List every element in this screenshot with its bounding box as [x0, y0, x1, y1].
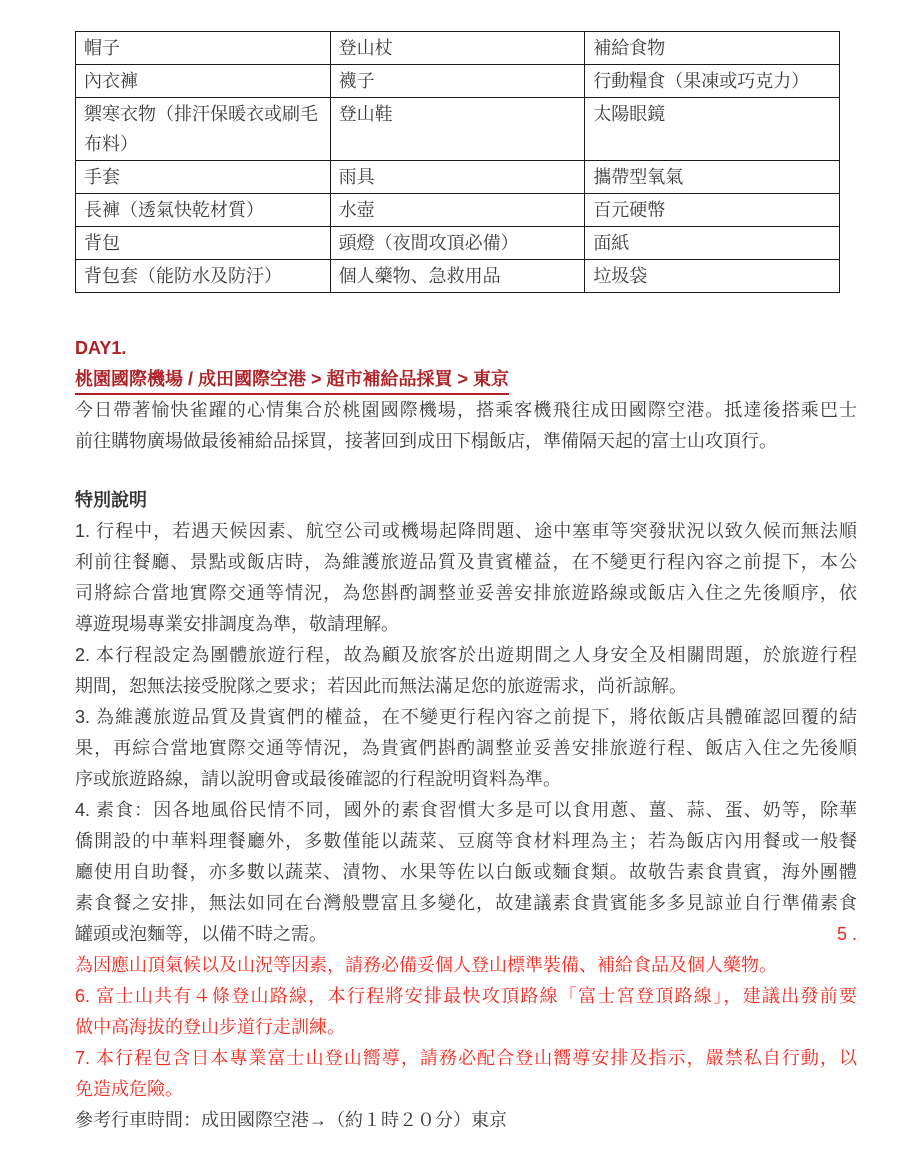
note-line: 6. 富士山共有４條登山路線，本行程將安排最快攻頂路線「富士宮登頂路線」，建議出… — [75, 981, 857, 1012]
note-line: 僑開設的中華料理餐廳外，多數僅能以蔬菜、豆腐等食材料理為主；若為飯店內用餐或一般… — [75, 826, 857, 857]
special-notes-title: 特別說明 — [75, 485, 857, 516]
note-line: 罐頭或泡麵等，以備不時之需。5 . — [75, 919, 857, 950]
day1-heading: DAY1. — [75, 333, 857, 364]
equipment-row: 禦寒衣物（排汗保暖衣或刷毛布料）登山鞋太陽眼鏡 — [76, 98, 840, 161]
equipment-cell: 百元硬幣 — [585, 194, 840, 227]
note-item: 7. 本行程包含日本專業富士山登山嚮導，請務必配合登山嚮導安排及指示，嚴禁私自行… — [75, 1043, 857, 1105]
note-line: 為因應山頂氣候以及山況等因素，請務必備妥個人登山標準裝備、補給食品及個人藥物。 — [75, 950, 857, 981]
note-item: 3. 為維護旅遊品質及貴賓們的權益，在不變更行程內容之前提下，將依飯店具體確認回… — [75, 702, 857, 795]
note-item: 2. 本行程設定為團體旅遊行程，故為顧及旅客於出遊期間之人身安全及相關問題，於旅… — [75, 640, 857, 702]
day1-intro-line-2: 前往購物廣場做最後補給品採買，接著回到成田下榻飯店，準備隔天起的富士山攻頂行。 — [75, 426, 857, 457]
equipment-table-body: 帽子登山杖補給食物內衣褲襪子行動糧食（果凍或巧克力）禦寒衣物（排汗保暖衣或刷毛布… — [76, 32, 840, 293]
equipment-cell: 頭燈（夜間攻頂必備） — [330, 227, 585, 260]
note-item: 為因應山頂氣候以及山況等因素，請務必備妥個人登山標準裝備、補給食品及個人藥物。 — [75, 950, 857, 981]
equipment-cell: 太陽眼鏡 — [585, 98, 840, 161]
note-item: 6. 富士山共有４條登山路線，本行程將安排最快攻頂路線「富士宮登頂路線」，建議出… — [75, 981, 857, 1043]
equipment-row: 帽子登山杖補給食物 — [76, 32, 840, 65]
equipment-row: 背包頭燈（夜間攻頂必備）面紙 — [76, 227, 840, 260]
note-item: 1. 行程中，若遇天候因素、航空公司或機場起降問題、途中塞車等突發狀況以致久候而… — [75, 516, 857, 640]
note-line: 序或旅遊路線，請以說明會或最後確認的行程說明資料為準。 — [75, 764, 857, 795]
equipment-cell: 面紙 — [585, 227, 840, 260]
note-line: 4. 素食：因各地風俗民情不同，國外的素食習慣大多是可以食用蔥、薑、蒜、蛋、奶等… — [75, 795, 857, 826]
equipment-cell: 長褲（透氣快乾材質） — [76, 194, 331, 227]
note-line: 7. 本行程包含日本專業富士山登山嚮導，請務必配合登山嚮導安排及指示，嚴禁私自行… — [75, 1043, 857, 1074]
equipment-cell: 行動糧食（果凍或巧克力） — [585, 65, 840, 98]
day1-route: 桃園國際機場 / 成田國際空港 > 超市補給品採買 > 東京 — [75, 364, 857, 395]
equipment-cell: 襪子 — [330, 65, 585, 98]
equipment-cell: 登山鞋 — [330, 98, 585, 161]
note-line-text: 罐頭或泡麵等，以備不時之需。 — [75, 919, 327, 950]
equipment-cell: 手套 — [76, 161, 331, 194]
note-line: 2. 本行程設定為團體旅遊行程，故為顧及旅客於出遊期間之人身安全及相關問題，於旅… — [75, 640, 857, 671]
note-line: 導遊現場專業安排調度為準，敬請理解。 — [75, 609, 857, 640]
note-number-marker: 5 . — [837, 919, 857, 950]
equipment-cell: 垃圾袋 — [585, 260, 840, 293]
note-line: 司將綜合當地實際交通等情況，為您斟酌調整並妥善安排旅遊路線或飯店入住之先後順序，… — [75, 578, 857, 609]
equipment-cell: 禦寒衣物（排汗保暖衣或刷毛布料） — [76, 98, 331, 161]
equipment-cell: 帽子 — [76, 32, 331, 65]
reference-travel-time: 參考行車時間：成田國際空港→（約１時２０分）東京 — [75, 1105, 857, 1136]
equipment-cell: 水壺 — [330, 194, 585, 227]
note-line: 利前往餐廳、景點或飯店時，為維護旅遊品質及貴賓權益，在不變更行程內容之前提下，本… — [75, 547, 857, 578]
equipment-cell: 背包 — [76, 227, 331, 260]
equipment-row: 手套雨具攜帶型氧氣 — [76, 161, 840, 194]
note-line: 3. 為維護旅遊品質及貴賓們的權益，在不變更行程內容之前提下，將依飯店具體確認回… — [75, 702, 857, 733]
special-notes-items: 1. 行程中，若遇天候因素、航空公司或機場起降問題、途中塞車等突發狀況以致久候而… — [75, 516, 857, 1105]
equipment-cell: 個人藥物、急救用品 — [330, 260, 585, 293]
equipment-row: 內衣褲襪子行動糧食（果凍或巧克力） — [76, 65, 840, 98]
note-line: 期間，恕無法接受脫隊之要求；若因此而無法滿足您的旅遊需求，尚祈諒解。 — [75, 671, 857, 702]
equipment-cell: 登山杖 — [330, 32, 585, 65]
equipment-row: 背包套（能防水及防汙）個人藥物、急救用品垃圾袋 — [76, 260, 840, 293]
equipment-row: 長褲（透氣快乾材質）水壺百元硬幣 — [76, 194, 840, 227]
day1-intro-line-1: 今日帶著愉快雀躍的心情集合於桃園國際機場，搭乘客機飛往成田國際空港。抵達後搭乘巴… — [75, 395, 857, 426]
equipment-cell: 背包套（能防水及防汙） — [76, 260, 331, 293]
equipment-cell: 內衣褲 — [76, 65, 331, 98]
note-line: 做中高海拔的登山步道行走訓練。 — [75, 1012, 857, 1043]
day1-route-text: 桃園國際機場 / 成田國際空港 > 超市補給品採買 > 東京 — [75, 367, 509, 395]
document-page: 帽子登山杖補給食物內衣褲襪子行動糧食（果凍或巧克力）禦寒衣物（排汗保暖衣或刷毛布… — [0, 0, 905, 1136]
note-line: 1. 行程中，若遇天候因素、航空公司或機場起降問題、途中塞車等突發狀況以致久候而… — [75, 516, 857, 547]
note-line: 果，再綜合當地實際交通等情況，為貴賓們斟酌調整並妥善安排旅遊行程、飯店入住之先後… — [75, 733, 857, 764]
note-line: 免造成危險。 — [75, 1074, 857, 1105]
note-line: 素食餐之安排，無法如同在台灣般豐富且多變化，故建議素食貴賓能多多見諒並自行準備素… — [75, 888, 857, 919]
equipment-table: 帽子登山杖補給食物內衣褲襪子行動糧食（果凍或巧克力）禦寒衣物（排汗保暖衣或刷毛布… — [75, 31, 840, 293]
equipment-cell: 雨具 — [330, 161, 585, 194]
equipment-cell: 攜帶型氧氣 — [585, 161, 840, 194]
note-item: 4. 素食：因各地風俗民情不同，國外的素食習慣大多是可以食用蔥、薑、蒜、蛋、奶等… — [75, 795, 857, 950]
note-line: 廳使用自助餐，亦多數以蔬菜、漬物、水果等佐以白飯或麵食類。故敬告素食貴賓，海外團… — [75, 857, 857, 888]
equipment-cell: 補給食物 — [585, 32, 840, 65]
